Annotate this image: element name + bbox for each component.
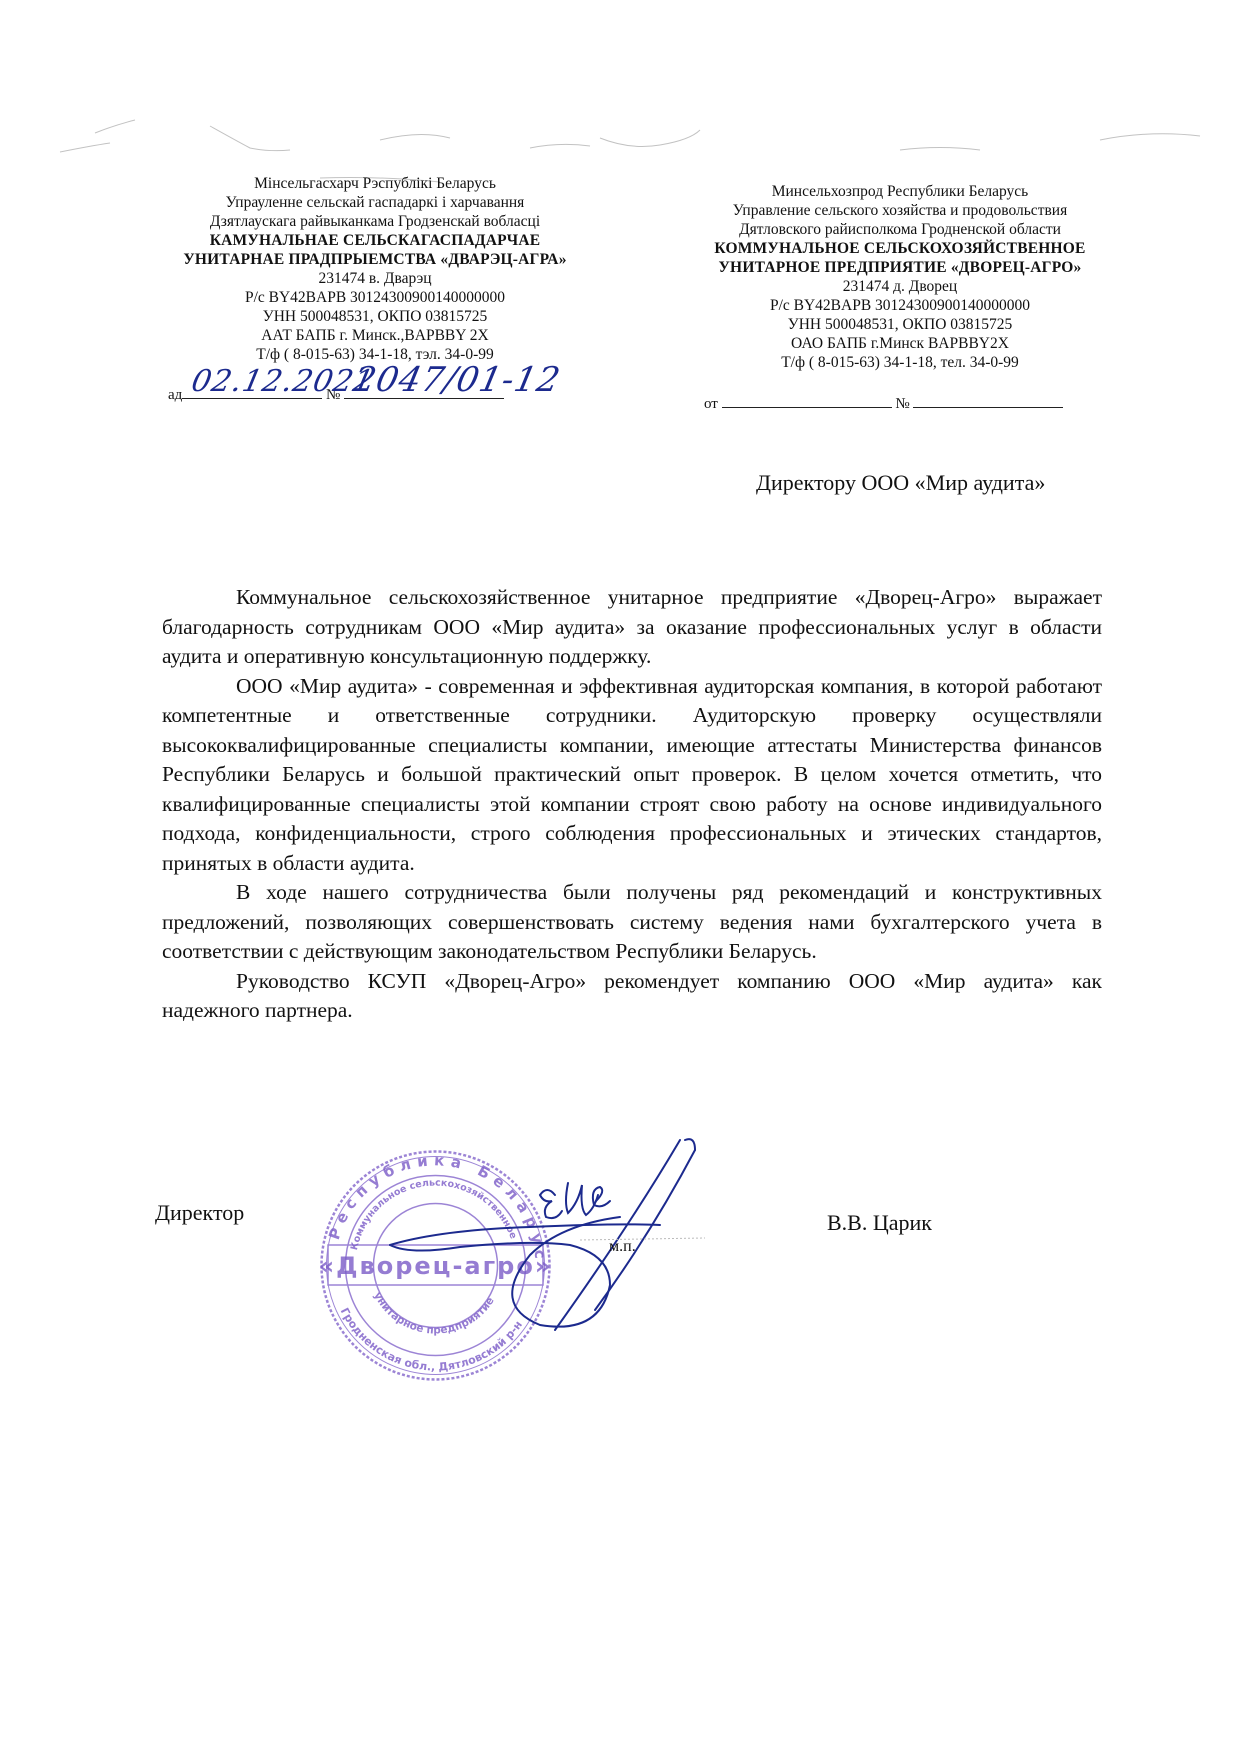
- body-paragraph: Руководство КСУП «Дворец-Агро» рекоменду…: [162, 967, 1102, 1026]
- date-label: от: [704, 396, 718, 412]
- department-line: Управление сельского хозяйства и продово…: [680, 201, 1120, 220]
- signatory-name: В.В. Царик: [827, 1210, 932, 1236]
- body-paragraph: Коммунальное сельскохозяйственное унитар…: [162, 583, 1102, 672]
- handwritten-signature: [380, 1135, 710, 1360]
- org-name-line-1: КАМУНАЛЬНАЕ СЕЛЬСКАГАСПАДАРЧАЕ: [150, 231, 600, 250]
- date-label: ад: [168, 387, 182, 403]
- incoming-reference: от №: [704, 393, 1063, 413]
- org-name-line-2: УНИТАРНАЕ ПРАДПРЫЕМСТВА «ДВАРЭЦ-АГРА»: [150, 250, 600, 269]
- district-line: Дятловского райисполкома Гродненской обл…: [680, 220, 1120, 239]
- org-name-line-2: УНИТАРНОЕ ПРЕДПРИЯТИЕ «ДВОРЕЦ-АГРО»: [680, 258, 1120, 277]
- department-line: Упрауленне сельскай гаспадаркі і харчава…: [150, 193, 600, 212]
- org-name-line-1: КОММУНАЛЬНОЕ СЕЛЬСКОХОЗЯЙСТВЕННОЕ: [680, 239, 1120, 258]
- addressee: Директору ООО «Мир аудита»: [756, 470, 1045, 496]
- bank-account-line: Р/с BY42BAPB 30124300900140000000: [150, 288, 600, 307]
- letterhead-left: Мінсельгасхарч Рэспублікі Беларусь Упрау…: [150, 174, 600, 364]
- seal-mark: м.п.: [609, 1238, 636, 1256]
- tax-id-line: УНН 500048531, ОКПО 03815725: [150, 307, 600, 326]
- letter-body: Коммунальное сельскохозяйственное унитар…: [162, 583, 1102, 1026]
- handwritten-date: 02.12.2021: [188, 364, 377, 399]
- phone-line: Т/ф ( 8-015-63) 34-1-18, тел. 34-0-99: [680, 353, 1120, 372]
- body-paragraph: В ходе нашего сотрудничества были получе…: [162, 878, 1102, 967]
- address-line: 231474 в. Дварэц: [150, 269, 600, 288]
- letterhead-right: Минсельхозпрод Республики Беларусь Управ…: [680, 182, 1120, 372]
- bank-line: ААТ БАПБ г. Минск.,BAPBBY 2X: [150, 326, 600, 345]
- number-label: №: [895, 396, 909, 412]
- district-line: Дзятлаускага райвыканкама Гродзенскай во…: [150, 212, 600, 231]
- tax-id-line: УНН 500048531, ОКПО 03815725: [680, 315, 1120, 334]
- number-blank: [913, 393, 1063, 408]
- body-paragraph: ООО «Мир аудита» - современная и эффекти…: [162, 672, 1102, 879]
- date-blank: [722, 393, 892, 408]
- bank-account-line: Р/с BY42BAPB 30124300900140000000: [680, 296, 1120, 315]
- signatory-title: Директор: [155, 1200, 244, 1226]
- bank-line: ОАО БАПБ г.Минск BAPBBY2X: [680, 334, 1120, 353]
- handwritten-number: 2047/01-12: [350, 360, 565, 400]
- scan-artifacts: [0, 0, 1240, 200]
- ministry-line: Мінсельгасхарч Рэспублікі Беларусь: [150, 174, 600, 193]
- address-line: 231474 д. Дворец: [680, 277, 1120, 296]
- ministry-line: Минсельхозпрод Республики Беларусь: [680, 182, 1120, 201]
